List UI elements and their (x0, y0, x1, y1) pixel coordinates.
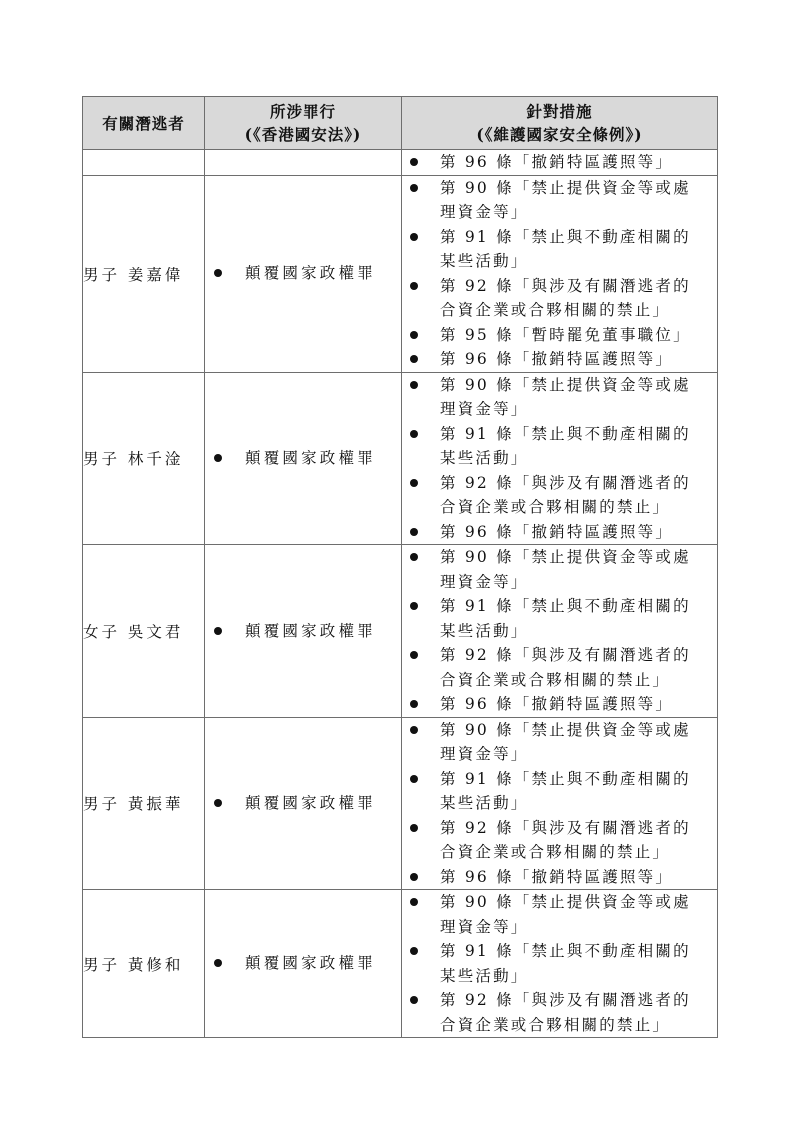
document-page: 有關潛逃者 所涉罪行 (《香港國安法》) 針對措施 (《維護國家安全條例》) (0, 0, 799, 1131)
measure-text: 第 96 條「撤銷特區護照等」 (440, 350, 673, 368)
measures-cell: 第 90 條「禁止提供資金等或處理資金等」 第 91 條「禁止與不動產相關的某些… (402, 545, 718, 718)
offence-list: 顛覆國家政權罪 (205, 261, 401, 286)
bullet-icon (410, 726, 418, 734)
offence-text: 顛覆國家政權罪 (245, 622, 376, 640)
measure-text: 第 91 條「禁止與不動產相關的 (440, 425, 691, 443)
bullet-icon (410, 898, 418, 906)
offence-list: 顛覆國家政權罪 (205, 446, 401, 471)
measures-cell: 第 90 條「禁止提供資金等或處理資金等」 第 91 條「禁止與不動產相關的某些… (402, 717, 718, 890)
measure-item: 第 96 條「撤銷特區護照等」 (402, 347, 717, 372)
measure-text: 第 92 條「與涉及有關潛逃者的 (440, 277, 691, 295)
bullet-icon (410, 158, 418, 166)
offence-list: 顛覆國家政權罪 (205, 619, 401, 644)
measure-text-cont: 某些活動」 (440, 449, 529, 467)
measure-text-cont: 某些活動」 (440, 967, 529, 985)
measures-list: 第 90 條「禁止提供資金等或處理資金等」 第 91 條「禁止與不動產相關的某些… (402, 890, 717, 1037)
header-measures: 針對措施 (《維護國家安全條例》) (402, 97, 718, 150)
measure-item: 第 91 條「禁止與不動產相關的某些活動」 (402, 594, 717, 643)
header-offence: 所涉罪行 (《香港國安法》) (205, 97, 402, 150)
measure-text: 第 90 條「禁止提供資金等或處 (440, 376, 691, 394)
measure-text: 第 91 條「禁止與不動產相關的 (440, 228, 691, 246)
bullet-icon (410, 355, 418, 363)
measure-text-cont: 合資企業或合夥相關的禁止」 (440, 498, 670, 516)
bullet-icon (214, 959, 222, 967)
measure-item: 第 91 條「禁止與不動產相關的某些活動」 (402, 939, 717, 988)
offence-cell: 顛覆國家政權罪 (205, 175, 402, 372)
measure-text: 第 92 條「與涉及有關潛逃者的 (440, 646, 691, 664)
measures-list: 第 90 條「禁止提供資金等或處理資金等」 第 91 條「禁止與不動產相關的某些… (402, 545, 717, 717)
measure-text: 第 90 條「禁止提供資金等或處 (440, 179, 691, 197)
offence-item: 顛覆國家政權罪 (205, 951, 401, 976)
bullet-icon (410, 381, 418, 389)
bullet-icon (410, 184, 418, 192)
measure-text: 第 96 條「撤銷特區護照等」 (440, 868, 673, 886)
measures-cell: 第 90 條「禁止提供資金等或處理資金等」 第 91 條「禁止與不動產相關的某些… (402, 372, 718, 545)
bullet-icon (410, 824, 418, 832)
offence-item: 顛覆國家政權罪 (205, 619, 401, 644)
table-row: 男子 黃振華 顛覆國家政權罪 第 90 條「禁止提供資金等或處理資金等」 第 9… (83, 717, 718, 890)
measure-text-cont: 理資金等」 (440, 745, 529, 763)
measure-text: 第 96 條「撤銷特區護照等」 (440, 153, 673, 171)
bullet-icon (214, 799, 222, 807)
measure-item: 第 92 條「與涉及有關潛逃者的合資企業或合夥相關的禁止」 (402, 471, 717, 520)
bullet-icon (410, 430, 418, 438)
bullet-icon (410, 331, 418, 339)
header-offence-law: (《香港國安法》) (205, 123, 401, 146)
table-header-row: 有關潛逃者 所涉罪行 (《香港國安法》) 針對措施 (《維護國家安全條例》) (83, 97, 718, 150)
measure-item: 第 92 條「與涉及有關潛逃者的合資企業或合夥相關的禁止」 (402, 643, 717, 692)
bullet-icon (410, 651, 418, 659)
offence-list: 顛覆國家政權罪 (205, 951, 401, 976)
table-row: 女子 吳文君 顛覆國家政權罪 第 90 條「禁止提供資金等或處理資金等」 第 9… (83, 545, 718, 718)
table-row: 男子 姜嘉偉 顛覆國家政權罪 第 90 條「禁止提供資金等或處理資金等」 第 9… (83, 175, 718, 372)
measures-list: 第 90 條「禁止提供資金等或處理資金等」 第 91 條「禁止與不動產相關的某些… (402, 718, 717, 890)
measure-text: 第 91 條「禁止與不動產相關的 (440, 770, 691, 788)
measure-text: 第 92 條「與涉及有關潛逃者的 (440, 819, 691, 837)
measures-cell: 第 96 條「撤銷特區護照等」 (402, 150, 718, 176)
measure-item: 第 95 條「暫時罷免董事職位」 (402, 323, 717, 348)
measure-text-cont: 某些活動」 (440, 622, 529, 640)
bullet-icon (410, 947, 418, 955)
header-measures-label: 針對措施 (402, 100, 717, 123)
person-cell: 男子 黃振華 (83, 717, 205, 890)
measure-item: 第 96 條「撤銷特區護照等」 (402, 520, 717, 545)
bullet-icon (410, 553, 418, 561)
person-cell (83, 150, 205, 176)
offence-cell: 顛覆國家政權罪 (205, 372, 402, 545)
measure-item: 第 90 條「禁止提供資金等或處理資金等」 (402, 176, 717, 225)
measure-text: 第 92 條「與涉及有關潛逃者的 (440, 474, 691, 492)
measure-text: 第 91 條「禁止與不動產相關的 (440, 597, 691, 615)
offence-cell: 顛覆國家政權罪 (205, 717, 402, 890)
bullet-icon (214, 269, 222, 277)
measure-text: 第 90 條「禁止提供資金等或處 (440, 893, 691, 911)
measure-text-cont: 合資企業或合夥相關的禁止」 (440, 671, 670, 689)
person-cell: 女子 吳文君 (83, 545, 205, 718)
offence-item: 顛覆國家政權罪 (205, 446, 401, 471)
measure-text-cont: 理資金等」 (440, 918, 529, 936)
measure-item: 第 92 條「與涉及有關潛逃者的合資企業或合夥相關的禁止」 (402, 274, 717, 323)
measure-text-cont: 合資企業或合夥相關的禁止」 (440, 1016, 670, 1034)
bullet-icon (410, 282, 418, 290)
measure-item: 第 96 條「撤銷特區護照等」 (402, 692, 717, 717)
bullet-icon (410, 775, 418, 783)
measure-item: 第 90 條「禁止提供資金等或處理資金等」 (402, 890, 717, 939)
measure-item: 第 91 條「禁止與不動產相關的某些活動」 (402, 422, 717, 471)
offence-text: 顛覆國家政權罪 (245, 449, 376, 467)
measures-cell: 第 90 條「禁止提供資金等或處理資金等」 第 91 條「禁止與不動產相關的某些… (402, 890, 718, 1038)
bullet-icon (214, 454, 222, 462)
measure-text: 第 92 條「與涉及有關潛逃者的 (440, 991, 691, 1009)
bullet-icon (410, 996, 418, 1004)
measure-text-cont: 理資金等」 (440, 203, 529, 221)
bullet-icon (214, 627, 222, 635)
measure-text: 第 96 條「撤銷特區護照等」 (440, 695, 673, 713)
offence-item: 顛覆國家政權罪 (205, 791, 401, 816)
measure-item: 第 91 條「禁止與不動產相關的某些活動」 (402, 225, 717, 274)
bullet-icon (410, 700, 418, 708)
measure-text-cont: 理資金等」 (440, 400, 529, 418)
measure-item: 第 96 條「撤銷特區護照等」 (402, 150, 717, 175)
measure-item: 第 90 條「禁止提供資金等或處理資金等」 (402, 545, 717, 594)
absconder-measures-table: 有關潛逃者 所涉罪行 (《香港國安法》) 針對措施 (《維護國家安全條例》) (82, 96, 718, 1038)
measure-text-cont: 某些活動」 (440, 794, 529, 812)
measure-text-cont: 理資金等」 (440, 573, 529, 591)
offence-text: 顛覆國家政權罪 (245, 794, 376, 812)
measures-list: 第 90 條「禁止提供資金等或處理資金等」 第 91 條「禁止與不動產相關的某些… (402, 373, 717, 545)
measure-text: 第 96 條「撤銷特區護照等」 (440, 523, 673, 541)
offence-text: 顛覆國家政權罪 (245, 264, 376, 282)
measure-item: 第 90 條「禁止提供資金等或處理資金等」 (402, 373, 717, 422)
table-row-continuation: 第 96 條「撤銷特區護照等」 (83, 150, 718, 176)
person-cell: 男子 黃修和 (83, 890, 205, 1038)
measure-text: 第 90 條「禁止提供資金等或處 (440, 548, 691, 566)
header-measures-law: (《維護國家安全條例》) (402, 123, 717, 146)
offence-cell: 顛覆國家政權罪 (205, 890, 402, 1038)
measure-text: 第 90 條「禁止提供資金等或處 (440, 721, 691, 739)
measure-item: 第 92 條「與涉及有關潛逃者的合資企業或合夥相關的禁止」 (402, 988, 717, 1037)
person-cell: 男子 姜嘉偉 (83, 175, 205, 372)
measure-text-cont: 某些活動」 (440, 252, 529, 270)
table-row: 男子 黃修和 顛覆國家政權罪 第 90 條「禁止提供資金等或處理資金等」 第 9… (83, 890, 718, 1038)
bullet-icon (410, 602, 418, 610)
measure-item: 第 96 條「撤銷特區護照等」 (402, 865, 717, 890)
offence-item: 顛覆國家政權罪 (205, 261, 401, 286)
measure-item: 第 91 條「禁止與不動產相關的某些活動」 (402, 767, 717, 816)
offence-cell (205, 150, 402, 176)
person-cell: 男子 林千淦 (83, 372, 205, 545)
measures-list: 第 90 條「禁止提供資金等或處理資金等」 第 91 條「禁止與不動產相關的某些… (402, 176, 717, 372)
measure-text: 第 95 條「暫時罷免董事職位」 (440, 326, 691, 344)
measure-text-cont: 合資企業或合夥相關的禁止」 (440, 301, 670, 319)
offence-cell: 顛覆國家政權罪 (205, 545, 402, 718)
header-absconder-label: 有關潛逃者 (83, 112, 204, 135)
bullet-icon (410, 528, 418, 536)
table-row: 男子 林千淦 顛覆國家政權罪 第 90 條「禁止提供資金等或處理資金等」 第 9… (83, 372, 718, 545)
measure-item: 第 90 條「禁止提供資金等或處理資金等」 (402, 718, 717, 767)
bullet-icon (410, 873, 418, 881)
bullet-icon (410, 233, 418, 241)
measure-text: 第 91 條「禁止與不動產相關的 (440, 942, 691, 960)
measures-list: 第 96 條「撤銷特區護照等」 (402, 150, 717, 175)
measure-text-cont: 合資企業或合夥相關的禁止」 (440, 843, 670, 861)
measures-cell: 第 90 條「禁止提供資金等或處理資金等」 第 91 條「禁止與不動產相關的某些… (402, 175, 718, 372)
header-absconder: 有關潛逃者 (83, 97, 205, 150)
offence-text: 顛覆國家政權罪 (245, 954, 376, 972)
offence-list: 顛覆國家政權罪 (205, 791, 401, 816)
measure-item: 第 92 條「與涉及有關潛逃者的合資企業或合夥相關的禁止」 (402, 816, 717, 865)
header-offence-label: 所涉罪行 (205, 100, 401, 123)
bullet-icon (410, 479, 418, 487)
